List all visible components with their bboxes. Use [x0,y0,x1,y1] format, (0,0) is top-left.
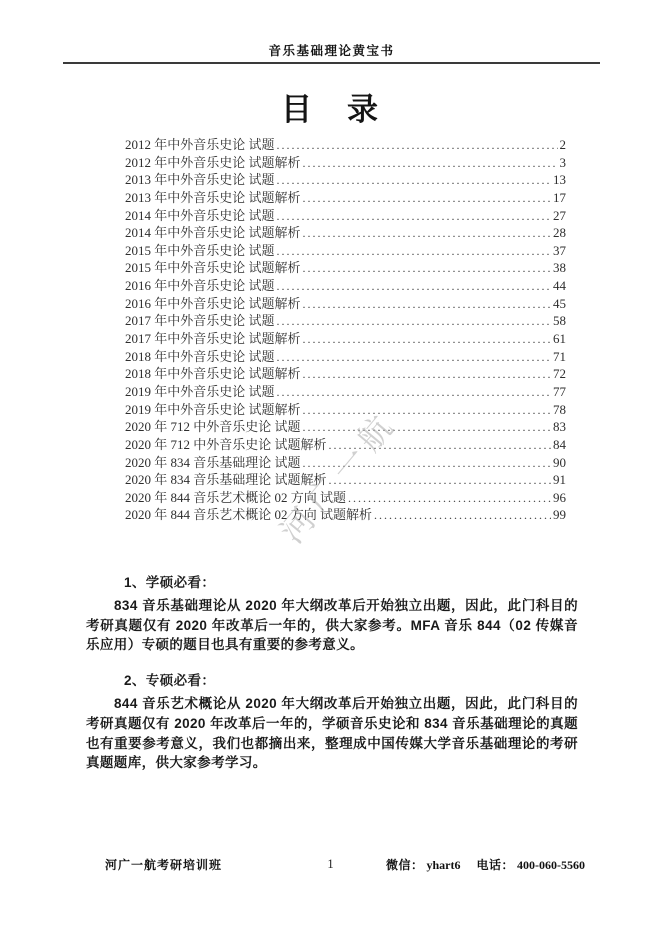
book-title: 音乐基础理论黄宝书 [268,41,394,59]
toc-dot-leader [303,156,558,171]
toc-entry-label: 2016 年中外音乐史论 试题 [125,275,275,294]
note-heading: 2、专硕必看： [124,671,578,691]
toc-dot-leader [329,473,551,488]
toc-dot-leader [277,350,551,365]
toc-dot-leader [303,226,551,241]
toc-entry-label: 2015 年中外音乐史论 试题解析 [125,257,301,276]
toc-entry-page: 17 [553,190,566,206]
toc-entry-label: 2017 年中外音乐史论 试题解析 [125,328,301,347]
phone-label: 电话： [476,858,514,872]
toc-entry-label: 2018 年中外音乐史论 试题 [125,346,275,365]
toc-entry-page: 84 [553,437,566,453]
toc-entry-page: 72 [553,366,566,382]
toc-entry-page: 78 [553,402,566,418]
toc-dot-leader [277,138,558,153]
toc-dot-leader [303,191,551,206]
toc-entry: 2012 年中外音乐史论 试题 2 [125,134,566,152]
toc-entry-label: 2020 年 712 中外音乐史论 试题解析 [125,434,327,453]
toc-entry-label: 2020 年 712 中外音乐史论 试题 [125,416,301,435]
toc-dot-leader [277,209,551,224]
toc-entry: 2016 年中外音乐史论 试题解析 45 [125,293,566,311]
toc-entry: 2015 年中外音乐史论 试题 37 [125,240,566,258]
toc-entry: 2020 年 844 音乐艺术概论 02 方向 试题 96 [125,487,566,505]
toc-entry-page: 90 [553,455,566,471]
toc-entry-page: 37 [553,243,566,259]
toc-entry: 2020 年 712 中外音乐史论 试题解析 84 [125,434,566,452]
toc-entry-label: 2014 年中外音乐史论 试题 [125,205,275,224]
toc-dot-leader [348,491,551,506]
toc-entry: 2017 年中外音乐史论 试题解析 61 [125,328,566,346]
toc-entry-page: 27 [553,208,566,224]
toc-entry-page: 45 [553,296,566,312]
table-of-contents: 2012 年中外音乐史论 试题 2 2012 年中外音乐史论 试题解析 3 20… [125,134,566,522]
toc-entry-label: 2020 年 844 音乐艺术概论 02 方向 试题解析 [125,504,372,523]
toc-entry-label: 2020 年 834 音乐基础理论 试题 [125,452,301,471]
toc-entry: 2020 年 834 音乐基础理论 试题解析 91 [125,469,566,487]
toc-entry-label: 2019 年中外音乐史论 试题解析 [125,399,301,418]
note-heading: 1、学硕必看： [124,573,578,593]
toc-entry-page: 96 [553,490,566,506]
toc-entry-label: 2018 年中外音乐史论 试题解析 [125,363,301,382]
toc-dot-leader [277,385,551,400]
toc-dot-leader [303,456,551,471]
toc-entry: 2017 年中外音乐史论 试题 58 [125,310,566,328]
toc-entry-page: 58 [553,313,566,329]
toc-entry-label: 2019 年中外音乐史论 试题 [125,381,275,400]
toc-entry: 2013 年中外音乐史论 试题解析 17 [125,187,566,205]
toc-entry-label: 2012 年中外音乐史论 试题 [125,134,275,153]
toc-entry-label: 2015 年中外音乐史论 试题 [125,240,275,259]
toc-entry: 2019 年中外音乐史论 试题解析 78 [125,399,566,417]
toc-entry-label: 2020 年 834 音乐基础理论 试题解析 [125,469,327,488]
toc-entry-page: 91 [553,472,566,488]
toc-entry: 2016 年中外音乐史论 试题 44 [125,275,566,293]
notes-section: 1、学硕必看： 834 音乐基础理论从 2020 年大纲改革后开始独立出题，因此… [86,573,578,773]
toc-dot-leader [303,367,551,382]
footer-contact: 微信： yhart6 电话： 400-060-5560 [386,856,585,873]
phone-value: 400-060-5560 [517,858,585,872]
toc-entry-page: 44 [553,278,566,294]
toc-dot-leader [277,244,551,259]
toc-entry: 2018 年中外音乐史论 试题解析 72 [125,363,566,381]
toc-entry-label: 2013 年中外音乐史论 试题 [125,169,275,188]
toc-entry-page: 71 [553,349,566,365]
toc-entry-page: 99 [553,507,566,523]
toc-entry: 2012 年中外音乐史论 试题解析 3 [125,152,566,170]
wechat-value: yhart6 [426,858,460,872]
wechat-label: 微信： [386,858,424,872]
toc-title: 目 录 [0,84,661,129]
toc-entry: 2019 年中外音乐史论 试题 77 [125,381,566,399]
toc-entry-page: 28 [553,225,566,241]
toc-entry: 2020 年 834 音乐基础理论 试题 90 [125,452,566,470]
note-body: 834 音乐基础理论从 2020 年大纲改革后开始独立出题，因此，此门科目的考研… [86,596,578,655]
toc-entry-label: 2012 年中外音乐史论 试题解析 [125,152,301,171]
toc-entry-page: 38 [553,260,566,276]
toc-entry-label: 2016 年中外音乐史论 试题解析 [125,293,301,312]
toc-entry: 2020 年 712 中外音乐史论 试题 83 [125,416,566,434]
toc-entry-label: 2014 年中外音乐史论 试题解析 [125,222,301,241]
toc-dot-leader [303,420,551,435]
note-block: 2、专硕必看： 844 音乐艺术概论从 2020 年大纲改革后开始独立出题，因此… [86,671,578,773]
toc-entry: 2014 年中外音乐史论 试题 27 [125,205,566,223]
document-page: 音乐基础理论黄宝书 目 录 2012 年中外音乐史论 试题 2 2012 年中外… [0,0,661,935]
toc-dot-leader [329,438,551,453]
toc-dot-leader [303,332,551,347]
toc-entry-label: 2013 年中外音乐史论 试题解析 [125,187,301,206]
toc-entry: 2013 年中外音乐史论 试题 13 [125,169,566,187]
toc-entry-page: 13 [553,172,566,188]
toc-dot-leader [303,297,551,312]
toc-dot-leader [277,314,551,329]
toc-entry-label: 2017 年中外音乐史论 试题 [125,310,275,329]
toc-dot-leader [303,403,551,418]
toc-entry: 2018 年中外音乐史论 试题 71 [125,346,566,364]
page-header: 音乐基础理论黄宝书 [63,0,600,64]
toc-entry-label: 2020 年 844 音乐艺术概论 02 方向 试题 [125,487,346,506]
toc-entry: 2015 年中外音乐史论 试题解析 38 [125,257,566,275]
toc-entry: 2020 年 844 音乐艺术概论 02 方向 试题解析 99 [125,504,566,522]
toc-entry-page: 3 [560,155,567,171]
toc-dot-leader [303,261,551,276]
toc-entry-page: 83 [553,419,566,435]
toc-entry-page: 2 [560,137,567,153]
toc-dot-leader [277,279,551,294]
toc-entry-page: 77 [553,384,566,400]
toc-dot-leader [277,173,551,188]
note-body: 844 音乐艺术概论从 2020 年大纲改革后开始独立出题，因此，此门科目的考研… [86,694,578,773]
toc-entry-page: 61 [553,331,566,347]
toc-dot-leader [374,508,551,523]
note-block: 1、学硕必看： 834 音乐基础理论从 2020 年大纲改革后开始独立出题，因此… [86,573,578,655]
toc-entry: 2014 年中外音乐史论 试题解析 28 [125,222,566,240]
